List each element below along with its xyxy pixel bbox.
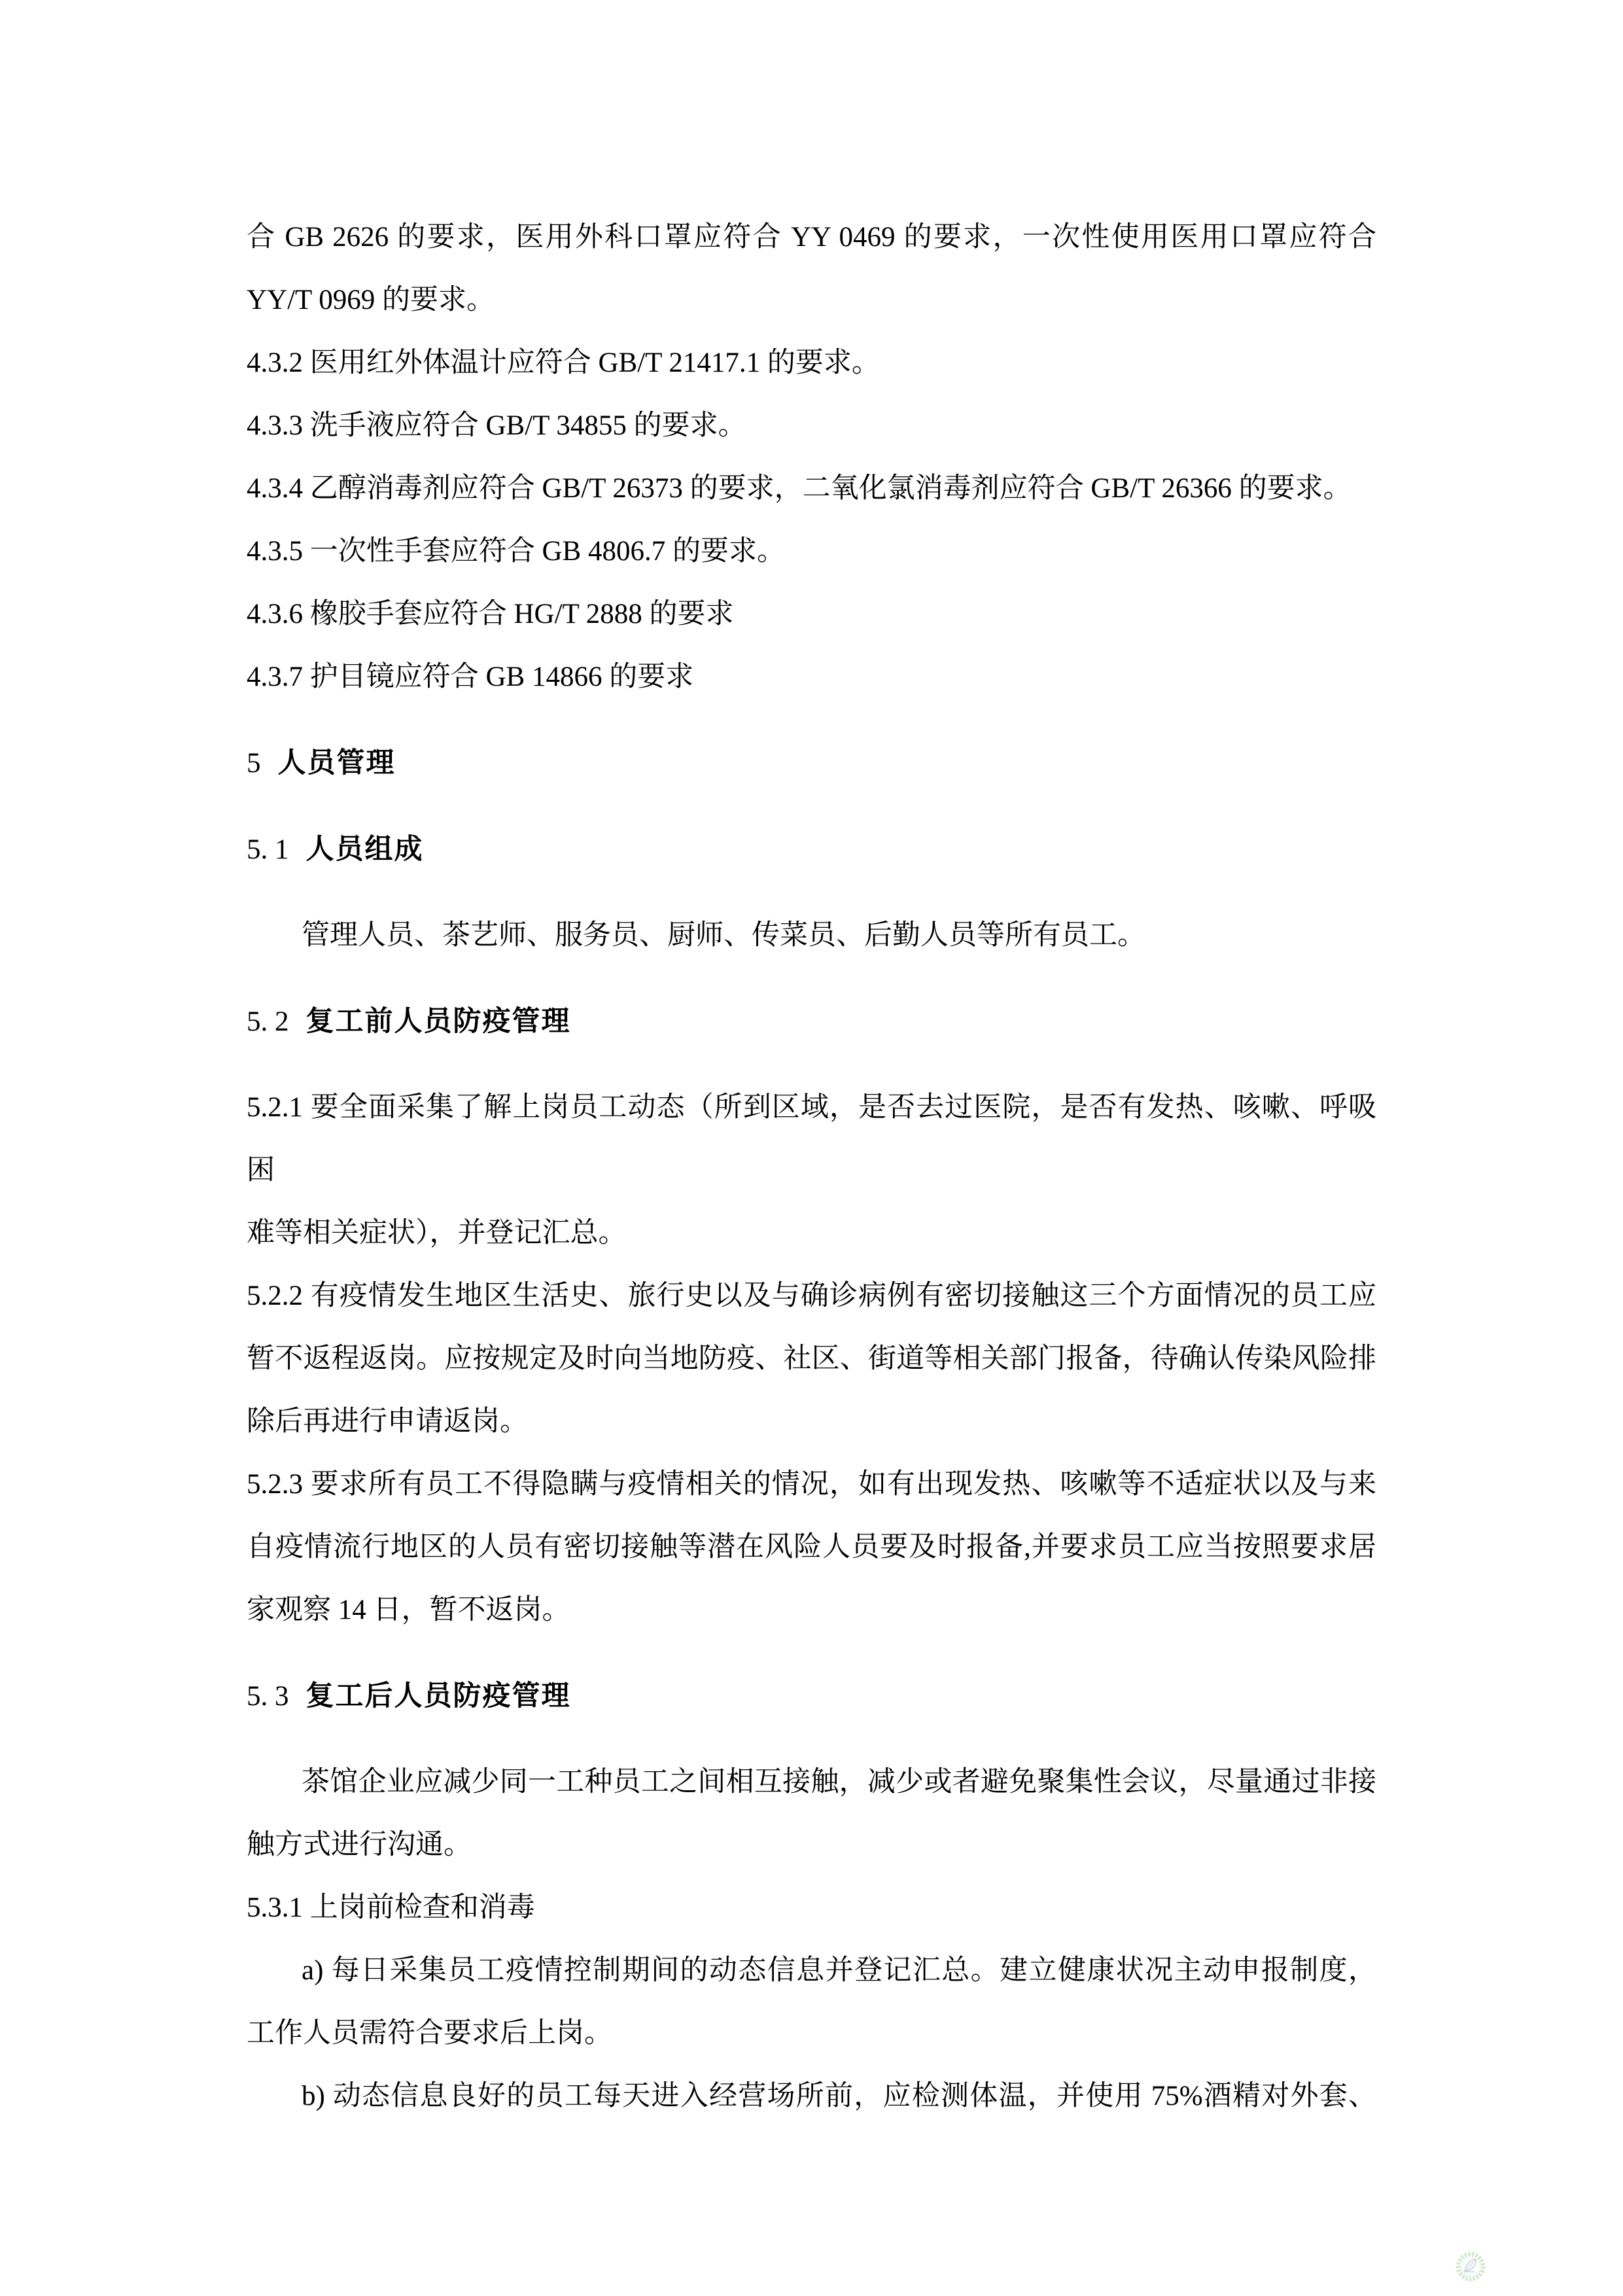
doc-line: 家观察 14 日，暂不返岗。 — [247, 1579, 1376, 1642]
heading-number: 5. 1 — [247, 834, 289, 865]
heading-text: 复工前人员防疫管理 — [306, 1006, 571, 1037]
clause-5-2-1: 5.2.1 要全面采集了解上岗员工动态（所到区域，是否去过医院，是否有发热、咳嗽… — [247, 1076, 1376, 1202]
heading-number: 5 — [247, 748, 261, 779]
doc-line: 管理人员、茶艺师、服务员、厨师、传菜员、后勤人员等所有员工。 — [247, 904, 1376, 967]
clause-4-3-3: 4.3.3 洗手液应符合 GB/T 34855 的要求。 — [247, 395, 1376, 457]
heading-text: 复工后人员防疫管理 — [306, 1680, 571, 1712]
section-heading-5: 5人员管理 — [247, 732, 1376, 795]
heading-number: 5. 2 — [247, 1006, 289, 1037]
doc-line: 工作人员需符合要求后上岗。 — [247, 2002, 1376, 2065]
clause-5-2-3: 5.2.3 要求所有员工不得隐瞒与疫情相关的情况，如有出现发热、咳嗽等不适症状以… — [247, 1453, 1376, 1516]
heading-number: 5. 3 — [247, 1681, 289, 1712]
doc-line: 暂不返程返岗。应按规定及时向当地防疫、社区、街道等相关部门报备，待确认传染风险排 — [247, 1328, 1376, 1390]
clause-5-3-1: 5.3.1 上岗前检查和消毒 — [247, 1877, 1376, 1939]
document-content: 合 GB 2626 的要求，医用外科口罩应符合 YY 0469 的要求，一次性使… — [247, 206, 1376, 2128]
clause-4-3-6: 4.3.6 橡胶手套应符合 HG/T 2888 的要求 — [247, 583, 1376, 646]
doc-line: YY/T 0969 的要求。 — [247, 269, 1376, 332]
doc-line: 触方式进行沟通。 — [247, 1814, 1376, 1877]
doc-line: 除后再进行申请返岗。 — [247, 1390, 1376, 1453]
doc-line: 难等相关症状），并登记汇总。 — [247, 1202, 1376, 1265]
clause-4-3-7: 4.3.7 护目镜应符合 GB 14866 的要求 — [247, 646, 1376, 709]
section-heading-5-1: 5. 1人员组成 — [247, 818, 1376, 881]
heading-text: 人员组成 — [306, 834, 424, 865]
clause-5-2-2: 5.2.2 有疫情发生地区生活史、旅行史以及与确诊病例有密切接触这三个方面情况的… — [247, 1265, 1376, 1328]
list-item-b: b) 动态信息良好的员工每天进入经营场所前，应检测体温，并使用 75%酒精对外套… — [247, 2065, 1376, 2128]
document-page: 合 GB 2626 的要求，医用外科口罩应符合 YY 0469 的要求，一次性使… — [0, 0, 1623, 2296]
leaf-seal-icon — [1455, 2251, 1486, 2282]
clause-4-3-5: 4.3.5 一次性手套应符合 GB 4806.7 的要求。 — [247, 520, 1376, 583]
section-heading-5-3: 5. 3复工后人员防疫管理 — [247, 1665, 1376, 1728]
section-heading-5-2: 5. 2复工前人员防疫管理 — [247, 990, 1376, 1053]
doc-line: 茶馆企业应减少同一工种员工之间相互接触，减少或者避免聚集性会议，尽量通过非接 — [247, 1751, 1376, 1814]
clause-4-3-4: 4.3.4 乙醇消毒剂应符合 GB/T 26373 的要求，二氧化氯消毒剂应符合… — [247, 457, 1376, 520]
list-item-a: a) 每日采集员工疫情控制期间的动态信息并登记汇总。建立健康状况主动申报制度， — [247, 1939, 1376, 2002]
doc-line: 自疫情流行地区的人员有密切接触等潜在风险人员要及时报备,并要求员工应当按照要求居 — [247, 1516, 1376, 1579]
heading-text: 人员管理 — [278, 747, 396, 779]
doc-line: 合 GB 2626 的要求，医用外科口罩应符合 YY 0469 的要求，一次性使… — [247, 206, 1376, 269]
clause-4-3-2: 4.3.2 医用红外体温计应符合 GB/T 21417.1 的要求。 — [247, 332, 1376, 395]
